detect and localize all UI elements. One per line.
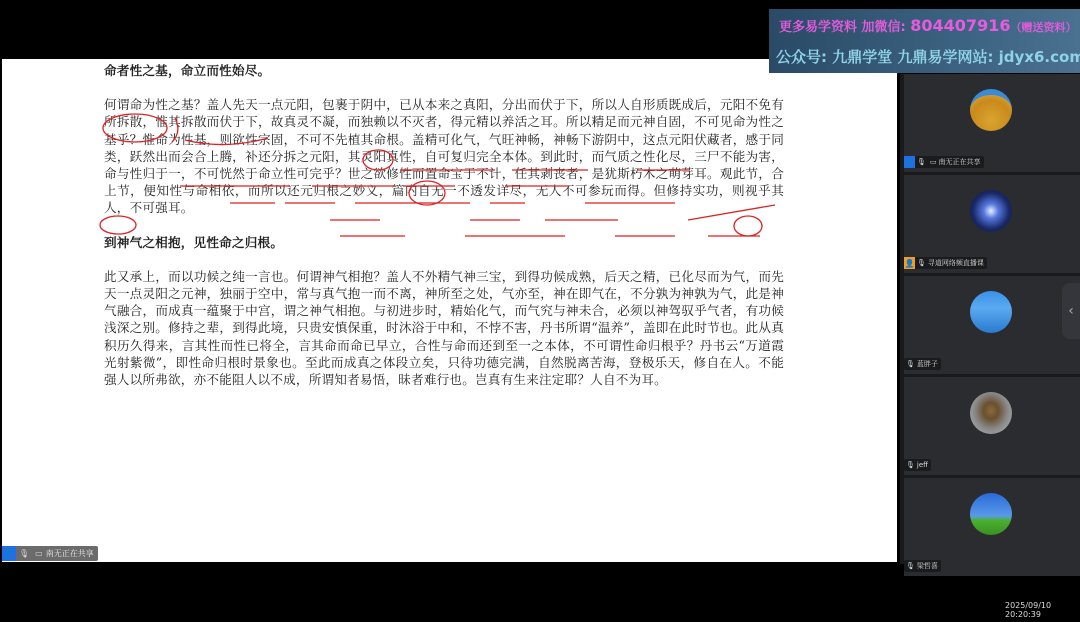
user-icon: 👤	[904, 257, 915, 269]
timestamp: 2025/09/10 20:20:39	[1005, 601, 1080, 619]
mic-muted-icon: 🎙	[906, 461, 915, 469]
participant-label: 👤 🎙 寻道网络频直播课	[904, 257, 987, 269]
section-heading-1: 命者性之基，命立而性始尽。	[104, 62, 784, 79]
screen-share-icon: ▭	[35, 549, 43, 558]
mic-muted-icon: 🎙	[917, 259, 926, 267]
section-heading-2: 到神气之相抱，见性命之归根。	[104, 234, 784, 251]
mic-icon: 🎙	[19, 549, 29, 558]
participant-label: 🎙 蓝胖子	[904, 358, 941, 370]
chevron-left-icon: ‹	[1068, 303, 1074, 319]
avatar	[970, 291, 1012, 333]
share-status-bar: 👤 🎙 ▭ 南无正在共享	[2, 546, 98, 561]
mic-muted-icon: 🎙	[906, 562, 915, 570]
participant-label: 🎙 梁哲喜	[904, 560, 941, 572]
avatar	[970, 493, 1012, 535]
watermark-line-2: 公众号: 九鼎学堂 九鼎易学网站: jdyx6.com	[776, 46, 1080, 67]
watermark-line-1: 更多易学资料 加微信: 804407916（赠送资料）	[779, 16, 1076, 35]
share-status-text: 南无正在共享	[46, 548, 94, 559]
paragraph-1: 何谓命为性之基？盖人先天一点元阳，包裹于阴中，已从本来之真阳，分出而伏于下，所以…	[104, 96, 784, 216]
avatar	[970, 190, 1012, 232]
participant-tile[interactable]: 🎙 梁哲喜	[904, 478, 1080, 576]
document-content: 命者性之基，命立而性始尽。 何谓命为性之基？盖人先天一点元阳，包裹于阴中，已从本…	[104, 62, 784, 405]
participant-tile[interactable]: 🎙 jeff	[904, 377, 1080, 475]
mic-icon: 🎙	[917, 158, 926, 166]
paragraph-2: 此又承上，而以功候之纯一言也。何谓神气相抱？盖人不外精气神三宝，到得功候成熟，后…	[104, 268, 784, 388]
participant-tile[interactable]: 👤 🎙 ▭ 南无正在共享	[904, 74, 1080, 172]
screen-share-icon: ▭	[930, 158, 937, 166]
participants-panel: 👤 🎙 ▭ 南无正在共享 👤 🎙 寻道网络频直播课 🎙 蓝胖子 🎙 jeff 🎙	[900, 74, 1080, 564]
avatar	[970, 392, 1012, 434]
participant-tile[interactable]: 🎙 蓝胖子	[904, 276, 1080, 374]
collapse-panel-button[interactable]: ‹	[1062, 283, 1080, 339]
avatar	[970, 89, 1012, 131]
participant-label: 🎙 jeff	[904, 459, 931, 471]
participant-label: 👤 🎙 ▭ 南无正在共享	[904, 156, 984, 168]
watermark-banner: 更多易学资料 加微信: 804407916（赠送资料） 公众号: 九鼎学堂 九鼎…	[769, 9, 1080, 73]
user-icon: 👤	[2, 546, 16, 561]
user-icon: 👤	[904, 156, 915, 168]
mic-muted-icon: 🎙	[906, 360, 915, 368]
participant-tile[interactable]: 👤 🎙 寻道网络频直播课	[904, 175, 1080, 273]
